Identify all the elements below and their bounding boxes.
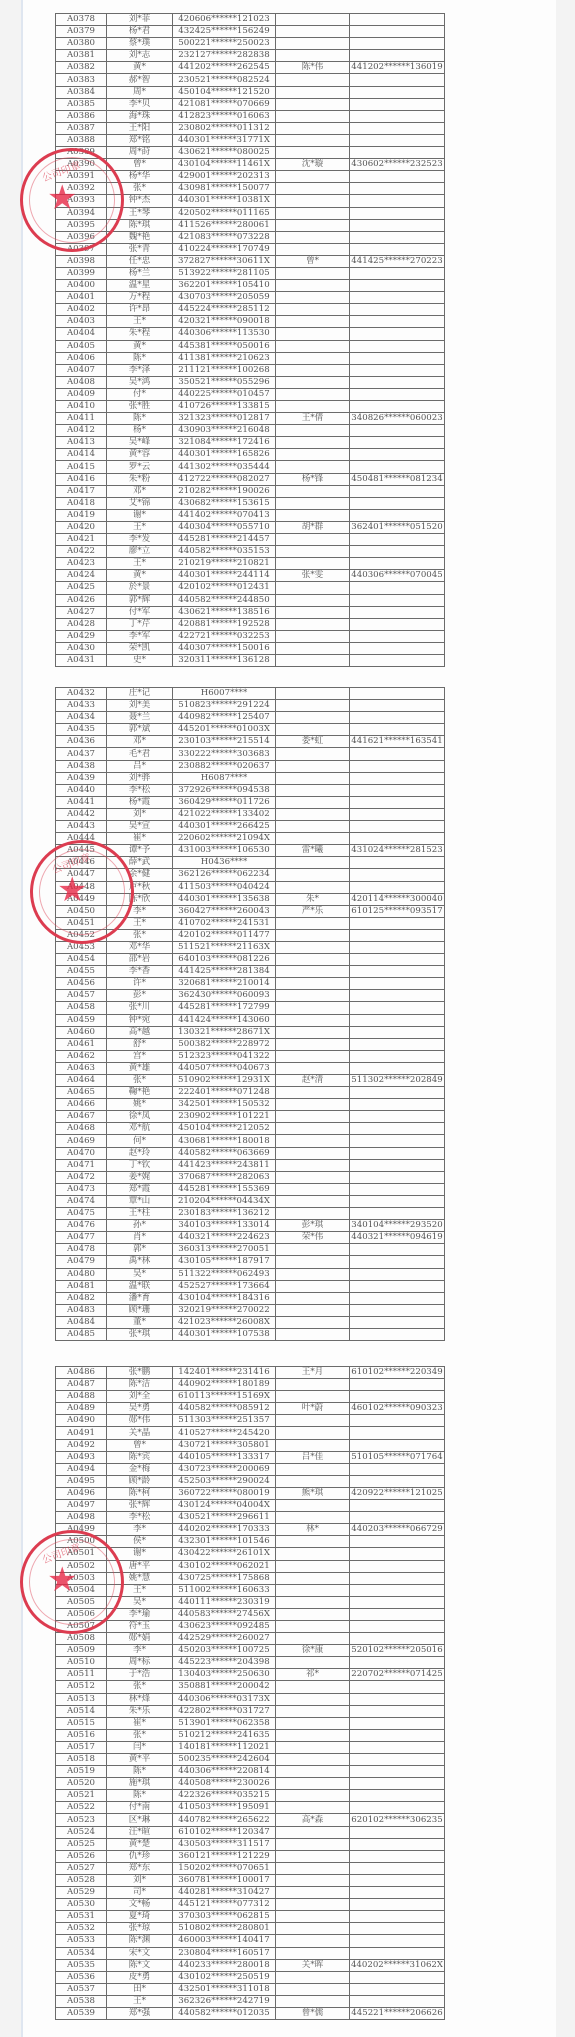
- table-row: A0392张*430981******150077: [56, 183, 445, 195]
- id-number-cell: 440202******170333: [173, 1524, 276, 1536]
- id-number-cell: 210219******210821: [173, 558, 276, 570]
- guardian-name-cell: [276, 1062, 350, 1074]
- guardian-name-cell: [276, 1899, 350, 1911]
- guardian-id-number-cell: [350, 724, 445, 736]
- entry-id-cell: A0386: [56, 110, 107, 122]
- guardian-name-cell: [276, 267, 350, 279]
- entry-id-cell: A0416: [56, 473, 107, 485]
- holder-name-cell: 邓*: [107, 485, 173, 497]
- holder-name-cell: 黄*容: [107, 449, 173, 461]
- holder-name-cell: 潘*育: [107, 1292, 173, 1304]
- guardian-name-cell: [276, 1087, 350, 1099]
- entry-id-cell: A0497: [56, 1500, 107, 1512]
- entry-id-cell: A0426: [56, 594, 107, 606]
- table-row: A0472姜*娓370687******282063: [56, 1171, 445, 1183]
- entry-id-cell: A0385: [56, 98, 107, 110]
- guardian-id-number-cell: [350, 1923, 445, 1935]
- guardian-id-number-cell: [350, 700, 445, 712]
- id-number-cell: 442529******260027: [173, 1633, 276, 1645]
- holder-name-cell: 杨*君: [107, 26, 173, 38]
- entry-id-cell: A0435: [56, 724, 107, 736]
- holder-name-cell: 丁*芹: [107, 618, 173, 630]
- table-row: A0517闫*140181******112021: [56, 1741, 445, 1753]
- table-row: A0379杨*君432425******156249: [56, 26, 445, 38]
- table-row: A0467徐*凤230902******101221: [56, 1111, 445, 1123]
- guardian-id-number-cell: [350, 642, 445, 654]
- id-number-cell: 440301******107538: [173, 1328, 276, 1340]
- table-row: A0469何*430681******180018: [56, 1135, 445, 1147]
- id-number-cell: 445121******077312: [173, 1899, 276, 1911]
- entry-id-cell: A0465: [56, 1087, 107, 1099]
- guardian-id-number-cell: [350, 1657, 445, 1669]
- guardian-name-cell: [276, 1657, 350, 1669]
- guardian-id-number-cell: [350, 1826, 445, 1838]
- id-number-cell: 230521******082524: [173, 74, 276, 86]
- entry-id-cell: A0397: [56, 243, 107, 255]
- id-number-cell: 350881******200042: [173, 1681, 276, 1693]
- guardian-name-cell: 彭*琪: [276, 1220, 350, 1232]
- entry-id-cell: A0470: [56, 1147, 107, 1159]
- guardian-id-number-cell: 440321******094619: [350, 1232, 445, 1244]
- entry-id-cell: A0534: [56, 1947, 107, 1959]
- id-number-cell: 421083******073228: [173, 231, 276, 243]
- guardian-name-cell: [276, 340, 350, 352]
- table-row: A0439刘*骅H6087****: [56, 772, 445, 784]
- holder-name-cell: 顾*龄: [107, 1475, 173, 1487]
- holder-name-cell: 吴*勇: [107, 1403, 173, 1415]
- guardian-name-cell: [276, 712, 350, 724]
- guardian-id-number-cell: [350, 26, 445, 38]
- holder-name-cell: 吴*峰: [107, 437, 173, 449]
- guardian-id-number-cell: [350, 1463, 445, 1475]
- guardian-name-cell: 关*晖: [276, 1959, 350, 1971]
- guardian-id-number-cell: [350, 881, 445, 893]
- holder-name-cell: 李*贝: [107, 98, 173, 110]
- entry-id-cell: A0527: [56, 1862, 107, 1874]
- guardian-id-number-cell: [350, 1862, 445, 1874]
- guardian-id-number-cell: [350, 449, 445, 461]
- guardian-name-cell: [276, 304, 350, 316]
- guardian-name-cell: [276, 461, 350, 473]
- entry-id-cell: A0453: [56, 941, 107, 953]
- holder-name-cell: 王*琴: [107, 207, 173, 219]
- id-number-cell: 440301******165826: [173, 449, 276, 461]
- guardian-id-number-cell: [350, 1123, 445, 1135]
- table-row: A0413吴*峰321084******172416: [56, 437, 445, 449]
- guardian-id-number-cell: [350, 1717, 445, 1729]
- id-number-cell: 222401******071248: [173, 1087, 276, 1099]
- guardian-id-number-cell: [350, 833, 445, 845]
- entry-id-cell: A0513: [56, 1693, 107, 1705]
- guardian-id-number-cell: 220702******071425: [350, 1669, 445, 1681]
- guardian-name-cell: [276, 748, 350, 760]
- guardian-id-number-cell: 510105******071764: [350, 1451, 445, 1463]
- holder-name-cell: 符*玉: [107, 1620, 173, 1632]
- entry-id-cell: A0414: [56, 449, 107, 461]
- guardian-id-number-cell: [350, 1268, 445, 1280]
- guardian-id-number-cell: [350, 183, 445, 195]
- table-row: A0495顾*龄452503******290024: [56, 1475, 445, 1487]
- guardian-id-number-cell: [350, 966, 445, 978]
- holder-name-cell: 仇*珍: [107, 1850, 173, 1862]
- id-number-cell: 360427******260043: [173, 905, 276, 917]
- guardian-name-cell: [276, 618, 350, 630]
- table-row: A0514朱*乐422802******031727: [56, 1705, 445, 1717]
- guardian-name-cell: [276, 280, 350, 292]
- id-number-cell: 440301******31771X: [173, 134, 276, 146]
- holder-name-cell: 施*琪: [107, 1778, 173, 1790]
- id-number-cell: 510902******12931X: [173, 1075, 276, 1087]
- entry-id-cell: A0516: [56, 1729, 107, 1741]
- id-number-cell: 445281******172799: [173, 1002, 276, 1014]
- guardian-id-number-cell: [350, 98, 445, 110]
- holder-name-cell: 陈*渊: [107, 1935, 173, 1947]
- guardian-id-number-cell: [350, 1195, 445, 1207]
- guardian-name-cell: [276, 1183, 350, 1195]
- holder-name-cell: 温*星: [107, 280, 173, 292]
- guardian-name-cell: [276, 425, 350, 437]
- holder-name-cell: 杨*: [107, 425, 173, 437]
- table-row: A0475王*柱230183******136212: [56, 1208, 445, 1220]
- id-number-cell: 440301******244114: [173, 570, 276, 582]
- entry-id-cell: A0504: [56, 1584, 107, 1596]
- guardian-id-number-cell: [350, 990, 445, 1002]
- holder-name-cell: 何*: [107, 1135, 173, 1147]
- guardian-name-cell: [276, 978, 350, 990]
- entry-id-cell: A0383: [56, 74, 107, 86]
- guardian-id-number-cell: [350, 1099, 445, 1111]
- guardian-id-number-cell: [350, 328, 445, 340]
- table-row: A0436邓*230103******215514娄*虹441621******…: [56, 736, 445, 748]
- id-number-cell: 430621******138516: [173, 606, 276, 618]
- entry-id-cell: A0430: [56, 642, 107, 654]
- entry-id-cell: A0454: [56, 954, 107, 966]
- holder-name-cell: 张*: [107, 1681, 173, 1693]
- entry-id-cell: A0422: [56, 546, 107, 558]
- entry-id-cell: A0481: [56, 1280, 107, 1292]
- guardian-name-cell: [276, 1608, 350, 1620]
- holder-name-cell: 肖*: [107, 1232, 173, 1244]
- id-number-cell: 362126******062234: [173, 869, 276, 881]
- holder-name-cell: 徐*凤: [107, 1111, 173, 1123]
- entry-id-cell: A0395: [56, 219, 107, 231]
- guardian-name-cell: 熊*琪: [276, 1487, 350, 1499]
- id-number-cell: 511002******160633: [173, 1584, 276, 1596]
- entry-id-cell: A0531: [56, 1911, 107, 1923]
- table-row: A0452张*420102******011477: [56, 929, 445, 941]
- guardian-name-cell: [276, 630, 350, 642]
- holder-name-cell: 张*: [107, 1075, 173, 1087]
- id-number-cell: 440111******230319: [173, 1596, 276, 1608]
- guardian-name-cell: [276, 243, 350, 255]
- id-number-cell: 320681******210014: [173, 978, 276, 990]
- id-number-cell: 210282******190026: [173, 485, 276, 497]
- entry-id-cell: A0447: [56, 869, 107, 881]
- table-row: A0384周*450104******121520: [56, 86, 445, 98]
- guardian-id-number-cell: [350, 122, 445, 134]
- table-row: A0444崔*220602******21094X: [56, 833, 445, 845]
- page-1-table: A0378刘*菲420606******121023A0379杨*君432425…: [55, 13, 445, 667]
- entry-id-cell: A0388: [56, 134, 107, 146]
- entry-id-cell: A0402: [56, 304, 107, 316]
- guardian-name-cell: [276, 1208, 350, 1220]
- holder-name-cell: 郝*智: [107, 74, 173, 86]
- id-number-cell: 211121******100268: [173, 364, 276, 376]
- table-row: A0523区*琳440782******265622高*森620102*****…: [56, 1814, 445, 1826]
- holder-name-cell: 许*昂: [107, 304, 173, 316]
- guardian-id-number-cell: [350, 364, 445, 376]
- guardian-name-cell: [276, 1026, 350, 1038]
- holder-name-cell: 艾*锦: [107, 497, 173, 509]
- holder-name-cell: 汪*暄: [107, 1826, 173, 1838]
- table-row: A0408吴*鸿350521******055296: [56, 376, 445, 388]
- holder-name-cell: 王*: [107, 1584, 173, 1596]
- guardian-name-cell: [276, 364, 350, 376]
- guardian-id-number-cell: [350, 1002, 445, 1014]
- guardian-id-number-cell: [350, 954, 445, 966]
- holder-name-cell: 陈*洁: [107, 1379, 173, 1391]
- id-number-cell: H0436****: [173, 857, 276, 869]
- table-row: A0506李*瑜440583******27456X: [56, 1608, 445, 1620]
- guardian-id-number-cell: [350, 171, 445, 183]
- guardian-name-cell: [276, 74, 350, 86]
- holder-name-cell: 郭*辉: [107, 594, 173, 606]
- guardian-name-cell: [276, 183, 350, 195]
- table-row: A0501谢*430422******26101X: [56, 1548, 445, 1560]
- guardian-id-number-cell: [350, 316, 445, 328]
- entry-id-cell: A0413: [56, 437, 107, 449]
- id-number-cell: 450203******100725: [173, 1645, 276, 1657]
- guardian-id-number-cell: [350, 497, 445, 509]
- table-row: A0414黄*容440301******165826: [56, 449, 445, 461]
- table-row: A0529司*440281******310427: [56, 1887, 445, 1899]
- guardian-name-cell: [276, 558, 350, 570]
- guardian-name-cell: [276, 772, 350, 784]
- entry-id-cell: A0478: [56, 1244, 107, 1256]
- guardian-name-cell: [276, 110, 350, 122]
- holder-name-cell: 夏*琦: [107, 1911, 173, 1923]
- holder-name-cell: 李*发: [107, 534, 173, 546]
- table-row: A0471丁*钦441423******243811: [56, 1159, 445, 1171]
- guardian-name-cell: 胡*群: [276, 521, 350, 533]
- table-row: A0480吴*511322******062493: [56, 1268, 445, 1280]
- guardian-id-number-cell: [350, 425, 445, 437]
- entry-id-cell: A0461: [56, 1038, 107, 1050]
- guardian-id-number-cell: [350, 941, 445, 953]
- holder-name-cell: 陈*柯: [107, 1487, 173, 1499]
- guardian-id-number-cell: [350, 1183, 445, 1195]
- guardian-name-cell: [276, 869, 350, 881]
- id-number-cell: 420102******011477: [173, 929, 276, 941]
- guardian-id-number-cell: [350, 1596, 445, 1608]
- table-row: A0511于*浩130403******250630祁*220702******…: [56, 1669, 445, 1681]
- table-row: A0416朱*粉412722******082027杨*锋450481*****…: [56, 473, 445, 485]
- guardian-id-number-cell: [350, 461, 445, 473]
- table-row: A0466姚*342501******150532: [56, 1099, 445, 1111]
- entry-id-cell: A0442: [56, 808, 107, 820]
- id-number-cell: 140181******112021: [173, 1741, 276, 1753]
- table-row: A0491关*晶410527******245420: [56, 1427, 445, 1439]
- id-number-cell: 440508******230026: [173, 1778, 276, 1790]
- holder-name-cell: 陈*: [107, 413, 173, 425]
- id-number-cell: 410503******195091: [173, 1802, 276, 1814]
- id-number-cell: 430104******11461X: [173, 159, 276, 171]
- table-row: A0485张*琪440301******107538: [56, 1328, 445, 1340]
- guardian-name-cell: [276, 1379, 350, 1391]
- entry-id-cell: A0488: [56, 1391, 107, 1403]
- guardian-id-number-cell: [350, 1741, 445, 1753]
- table-row: A0484董*421023******26008X: [56, 1316, 445, 1328]
- guardian-id-number-cell: [350, 1038, 445, 1050]
- guardian-name-cell: [276, 1099, 350, 1111]
- table-row: A0538王*362326******242719: [56, 1995, 445, 2007]
- guardian-id-number-cell: [350, 110, 445, 122]
- entry-id-cell: A0523: [56, 1814, 107, 1826]
- holder-name-cell: 张*胜: [107, 401, 173, 413]
- entry-id-cell: A0431: [56, 654, 107, 666]
- entry-id-cell: A0477: [56, 1232, 107, 1244]
- entry-id-cell: A0379: [56, 26, 107, 38]
- holder-name-cell: 陈*欣: [107, 893, 173, 905]
- guardian-name-cell: [276, 929, 350, 941]
- entry-id-cell: A0410: [56, 401, 107, 413]
- entry-id-cell: A0406: [56, 352, 107, 364]
- entry-id-cell: A0521: [56, 1790, 107, 1802]
- holder-name-cell: 丁*钦: [107, 1159, 173, 1171]
- entry-id-cell: A0466: [56, 1099, 107, 1111]
- id-number-cell: 422802******031727: [173, 1705, 276, 1717]
- id-number-cell: 340103******133014: [173, 1220, 276, 1232]
- entry-id-cell: A0380: [56, 38, 107, 50]
- table-row: A0448卢*秋411503******040424: [56, 881, 445, 893]
- guardian-name-cell: [276, 941, 350, 953]
- entry-id-cell: A0475: [56, 1208, 107, 1220]
- table-row: A0512张*350881******200042: [56, 1681, 445, 1693]
- table-row: A0518黄*平500235******242604: [56, 1754, 445, 1766]
- guardian-id-number-cell: [350, 74, 445, 86]
- id-number-cell: 430682******153615: [173, 497, 276, 509]
- holder-name-cell: 覃*山: [107, 1195, 173, 1207]
- id-number-cell: 512323******041322: [173, 1050, 276, 1062]
- guardian-id-number-cell: [350, 1062, 445, 1074]
- id-number-cell: 422721******032253: [173, 630, 276, 642]
- holder-name-cell: 刘*全: [107, 1391, 173, 1403]
- table-row: A0450李*360427******260043严*乐610125******…: [56, 905, 445, 917]
- guardian-id-number-cell: [350, 1439, 445, 1451]
- holder-name-cell: 姚*: [107, 1099, 173, 1111]
- entry-id-cell: A0491: [56, 1427, 107, 1439]
- entry-id-cell: A0436: [56, 736, 107, 748]
- holder-name-cell: 郑*东: [107, 1862, 173, 1874]
- guardian-id-number-cell: 460102******090323: [350, 1403, 445, 1415]
- guardian-id-number-cell: [350, 352, 445, 364]
- entry-id-cell: A0533: [56, 1935, 107, 1947]
- entry-id-cell: A0476: [56, 1220, 107, 1232]
- holder-name-cell: 付*: [107, 388, 173, 400]
- entry-id-cell: A0538: [56, 1995, 107, 2007]
- guardian-id-number-cell: [350, 760, 445, 772]
- entry-id-cell: A0464: [56, 1075, 107, 1087]
- guardian-id-number-cell: [350, 1887, 445, 1899]
- guardian-id-number-cell: [350, 618, 445, 630]
- entry-id-cell: A0526: [56, 1850, 107, 1862]
- guardian-id-number-cell: [350, 231, 445, 243]
- entry-id-cell: A0518: [56, 1754, 107, 1766]
- entry-id-cell: A0391: [56, 171, 107, 183]
- guardian-name-cell: 荣*伟: [276, 1232, 350, 1244]
- guardian-name-cell: [276, 1584, 350, 1596]
- holder-name-cell: 黄*: [107, 62, 173, 74]
- id-number-cell: 430124******04004X: [173, 1500, 276, 1512]
- guardian-id-number-cell: [350, 1087, 445, 1099]
- guardian-id-number-cell: 440202******31062X: [350, 1959, 445, 1971]
- guardian-name-cell: [276, 654, 350, 666]
- entry-id-cell: A0439: [56, 772, 107, 784]
- id-number-cell: 320311******136128: [173, 654, 276, 666]
- table-row: A0407李*泽211121******100268: [56, 364, 445, 376]
- entry-id-cell: A0511: [56, 1669, 107, 1681]
- guardian-name-cell: [276, 917, 350, 929]
- id-number-cell: 430721******305801: [173, 1439, 276, 1451]
- table-row: A0498李*松430521******296611: [56, 1512, 445, 1524]
- entry-id-cell: A0451: [56, 917, 107, 929]
- guardian-name-cell: [276, 1778, 350, 1790]
- holder-name-cell: 陈*琪: [107, 219, 173, 231]
- id-number-cell: 441402******070413: [173, 509, 276, 521]
- guardian-id-number-cell: [350, 1014, 445, 1026]
- id-number-cell: 445381******050016: [173, 340, 276, 352]
- id-number-cell: 440982******125407: [173, 712, 276, 724]
- id-number-cell: 230804******160517: [173, 1947, 276, 1959]
- entry-id-cell: A0432: [56, 688, 107, 700]
- table-row: A0382黄*441202******262545陈*伟441202******…: [56, 62, 445, 74]
- holder-name-cell: 李*泽: [107, 364, 173, 376]
- entry-id-cell: A0408: [56, 376, 107, 388]
- holder-name-cell: 杨*兰: [107, 267, 173, 279]
- entry-id-cell: A0438: [56, 760, 107, 772]
- holder-name-cell: 吴*鸿: [107, 376, 173, 388]
- table-row: A0530文*畅445121******077312: [56, 1899, 445, 1911]
- guardian-id-number-cell: [350, 1475, 445, 1487]
- guardian-name-cell: [276, 1038, 350, 1050]
- table-row: A0424黄*440301******244114张*雯440306******…: [56, 570, 445, 582]
- holder-name-cell: 朱*程: [107, 328, 173, 340]
- holder-name-cell: 刘*志: [107, 50, 173, 62]
- holder-name-cell: 蔡*璞: [107, 38, 173, 50]
- guardian-id-number-cell: [350, 582, 445, 594]
- id-number-cell: 430104******184316: [173, 1292, 276, 1304]
- id-number-cell: 441202******262545: [173, 62, 276, 74]
- table-row: A0490郧*伟511303******251357: [56, 1415, 445, 1427]
- guardian-id-number-cell: [350, 1935, 445, 1947]
- table-row: A0410张*胜410726******133815: [56, 401, 445, 413]
- table-row: A0386海*珠412823******016063: [56, 110, 445, 122]
- entry-id-cell: A0489: [56, 1403, 107, 1415]
- entry-id-cell: A0411: [56, 413, 107, 425]
- id-number-cell: 445223******204398: [173, 1657, 276, 1669]
- id-number-cell: 232127******282838: [173, 50, 276, 62]
- holder-name-cell: 闫*: [107, 1741, 173, 1753]
- guardian-id-number-cell: [350, 243, 445, 255]
- entry-id-cell: A0462: [56, 1050, 107, 1062]
- entry-id-cell: A0419: [56, 509, 107, 521]
- guardian-name-cell: [276, 1911, 350, 1923]
- holder-name-cell: 吴*: [107, 1596, 173, 1608]
- guardian-name-cell: [276, 1560, 350, 1572]
- entry-id-cell: A0532: [56, 1923, 107, 1935]
- guardian-id-number-cell: [350, 280, 445, 292]
- holder-name-cell: 黄*: [107, 340, 173, 352]
